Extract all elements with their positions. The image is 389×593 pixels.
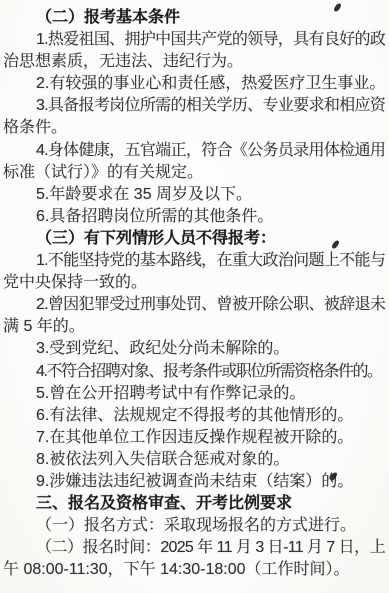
document-line: 党中央保持一致的。 — [3, 272, 385, 294]
document-line: 5.曾在公开招聘考试中有作弊记录的。 — [3, 383, 385, 405]
document-page: （二）报考基本条件1.热爱祖国、拥护中国共产党的领导，具有良好的政治思想素质，无… — [0, 0, 389, 593]
document-line: 3.受到党纪、政纪处分尚未解除的。 — [3, 338, 385, 360]
document-line: 9.涉嫌违法违纪被调查尚未结束（结案）的。 — [3, 471, 385, 493]
document-line: 格条件。 — [3, 117, 385, 139]
section-heading: （三）有下列情形人员不得报考： — [3, 228, 385, 250]
document-line: 5.年龄要求在 35 周岁及以下。 — [3, 184, 385, 206]
document-line: 1.不能坚持党的基本路线，在重大政治问题上不能与 — [3, 250, 385, 272]
document-line: 4.身体健康，五官端正，符合《公务员录用体检通用 — [3, 140, 385, 162]
document-line: （一）报名方式：采取现场报名的方式进行。 — [3, 515, 385, 537]
document-line: 4.不符合招聘对象、报考条件或职位所需资格条件的。 — [3, 361, 385, 383]
document-body: （二）报考基本条件1.热爱祖国、拥护中国共产党的领导，具有良好的政治思想素质，无… — [0, 0, 389, 581]
document-line: 2.曾因犯罪受过刑事处罚、曾被开除公职、被辞退未 — [3, 294, 385, 316]
document-line: 午 08:00-11:30，下午 14:30-18:00（工作时间）。 — [3, 559, 385, 581]
document-line: 6.有法律、法规规定不得报考的其他情形的。 — [3, 405, 385, 427]
document-line: 1.热爱祖国、拥护中国共产党的领导，具有良好的政 — [3, 29, 385, 51]
section-heading: 三、报名及资格审查、开考比例要求 — [3, 493, 385, 515]
section-heading: （二）报考基本条件 — [3, 7, 385, 29]
document-line: （二）报名时间：2025 年 11 月 3 日-11 月 7 日，上 — [3, 537, 385, 559]
document-line: 2.有较强的事业心和责任感，热爱医疗卫生事业。 — [3, 73, 385, 95]
document-line: 满 5 年的。 — [3, 316, 385, 338]
document-line: 7.在其他单位工作因违反操作规程被开除的。 — [3, 427, 385, 449]
document-line: 8.被依法列入失信联合惩戒对象的。 — [3, 449, 385, 471]
document-line: 3.具备报考岗位所需的相关学历、专业要求和相应资 — [3, 95, 385, 117]
document-line: 6.具备招聘岗位所需的其他条件。 — [3, 206, 385, 228]
document-line: 治思想素质，无违法、违纪行为。 — [3, 51, 385, 73]
document-line: 标准（试行）》的有关规定。 — [3, 162, 385, 184]
